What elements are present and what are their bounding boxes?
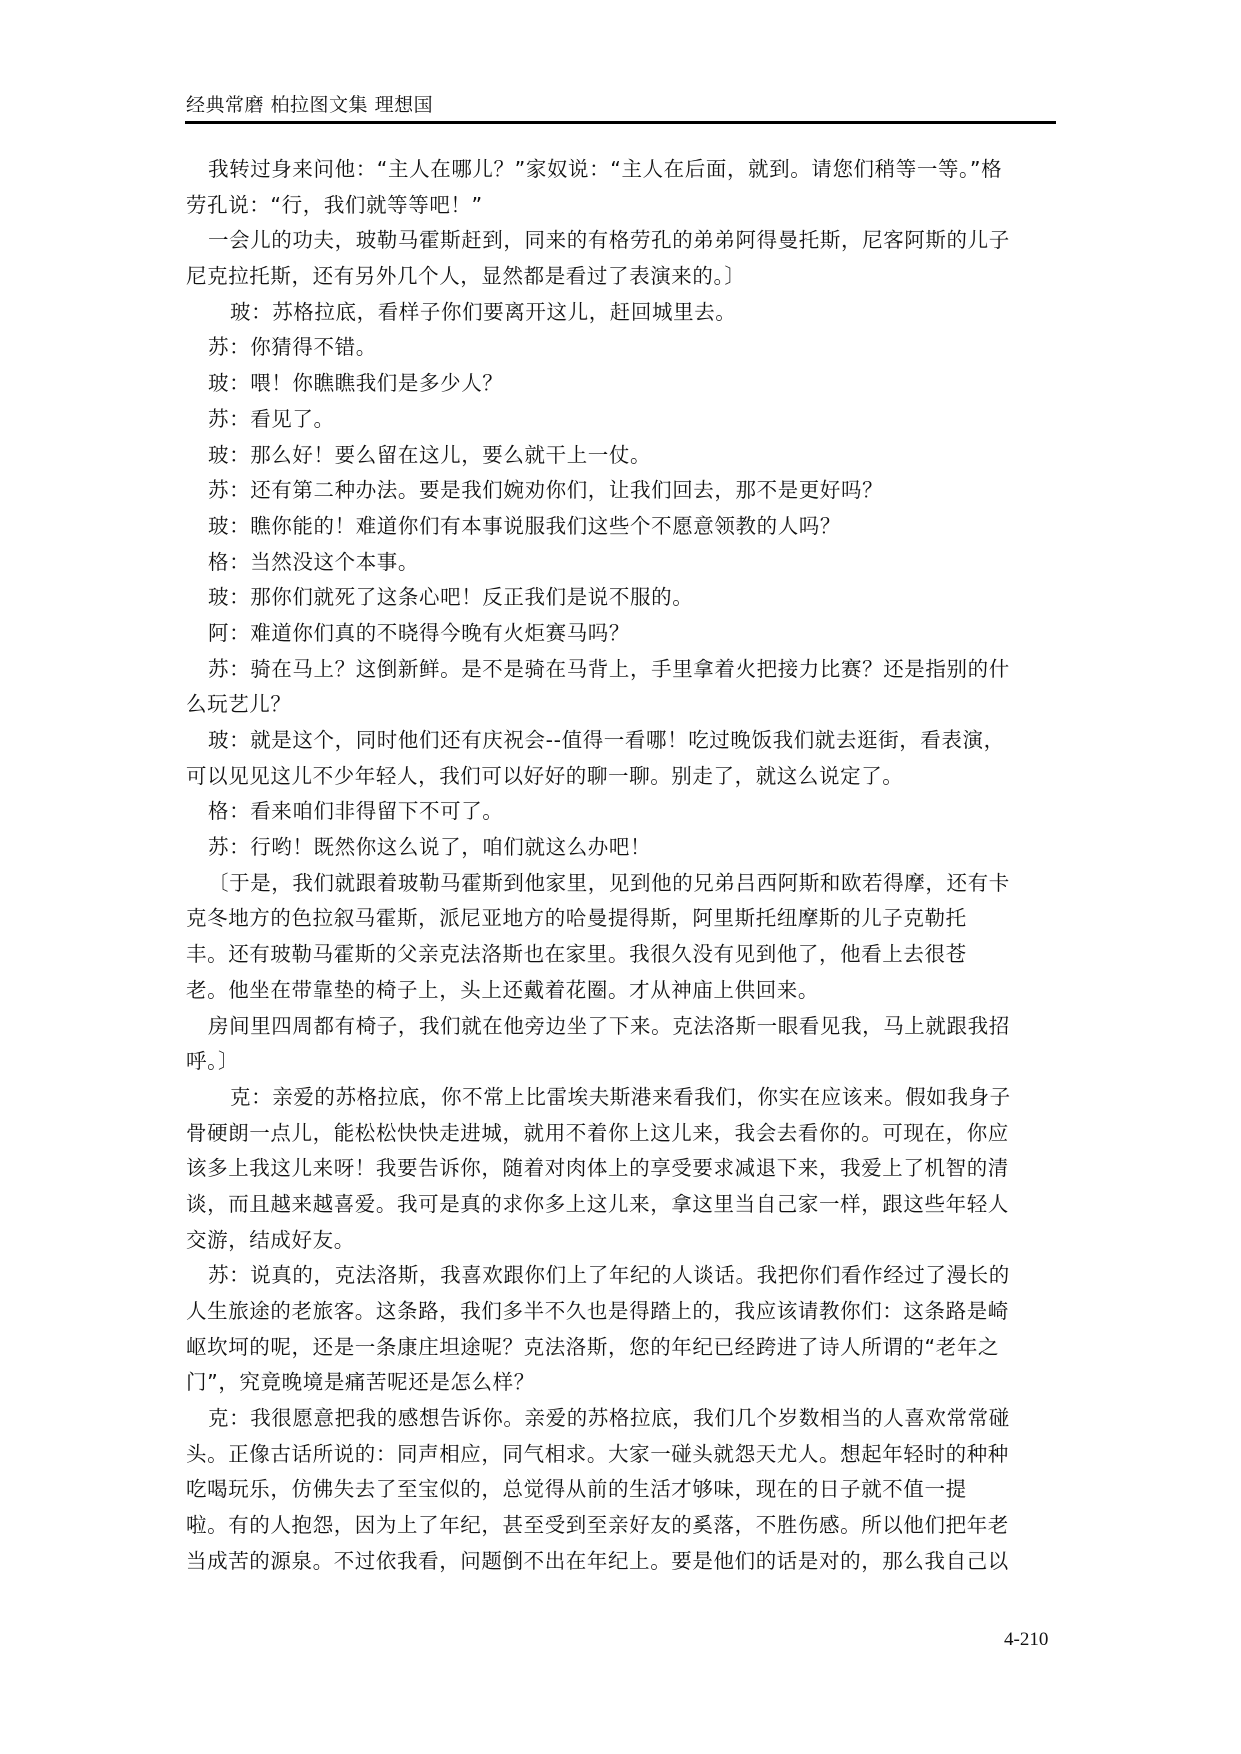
text-line: 人生旅途的老旅客。这条路，我们多半不久也是得踏上的，我应该请教你们：这条路是崎	[186, 1294, 1056, 1330]
text-line: 玻：就是这个，同时他们还有庆祝会--值得一看哪！吃过晚饭我们就去逛街，看表演，	[186, 723, 1056, 759]
text-line: 尼克拉托斯，还有另外几个人，显然都是看过了表演来的。〕	[186, 259, 1056, 295]
page-number: 4-210	[1004, 1629, 1048, 1651]
text-line: 谈，而且越来越喜爱。我可是真的求你多上这儿来，拿这里当自己家一样，跟这些年轻人	[186, 1187, 1056, 1223]
document-page: 经典常磨 柏拉图文集 理想国 我转过身来问他：“主人在哪儿？”家奴说：“主人在后…	[0, 0, 1241, 1754]
text-line: 玻：那么好！要么留在这儿，要么就干上一仗。	[186, 438, 1056, 474]
text-line: 格：当然没这个本事。	[186, 545, 1056, 581]
text-line: 克冬地方的色拉叙马霍斯，派尼亚地方的哈曼提得斯，阿里斯托纽摩斯的儿子克勒托	[186, 901, 1056, 937]
running-header-title: 经典常磨 柏拉图文集 理想国	[186, 90, 433, 117]
text-line: 房间里四周都有椅子，我们就在他旁边坐了下来。克法洛斯一眼看见我，马上就跟我招	[186, 1009, 1056, 1045]
text-line: 呼。〕	[186, 1044, 1056, 1080]
text-line: 苏：看见了。	[186, 402, 1056, 438]
text-line: 老。他坐在带靠垫的椅子上，头上还戴着花圈。才从神庙上供回来。	[186, 973, 1056, 1009]
text-line: 头。正像古话所说的：同声相应，同气相求。大家一碰头就怨天尤人。想起年轻时的种种	[186, 1437, 1056, 1473]
text-line: 交游，结成好友。	[186, 1223, 1056, 1259]
text-line: 劳孔说：“行，我们就等等吧！”	[186, 188, 1056, 224]
text-line: 〔于是，我们就跟着玻勒马霍斯到他家里，见到他的兄弟吕西阿斯和欧若得摩，还有卡	[186, 866, 1056, 902]
text-line: 当成苦的源泉。不过依我看，问题倒不出在年纪上。要是他们的话是对的，那么我自己以	[186, 1544, 1056, 1580]
text-line: 玻：喂！你瞧瞧我们是多少人？	[186, 366, 1056, 402]
text-line: 我转过身来问他：“主人在哪儿？”家奴说：“主人在后面，就到。请您们稍等一等。”格	[186, 152, 1056, 188]
text-line: 玻：瞧你能的！难道你们有本事说服我们这些个不愿意领教的人吗？	[186, 509, 1056, 545]
header-divider	[185, 121, 1056, 124]
text-line: 可以见见这儿不少年轻人，我们可以好好的聊一聊。别走了，就这么说定了。	[186, 759, 1056, 795]
text-line: 丰。还有玻勒马霍斯的父亲克法洛斯也在家里。我很久没有见到他了，他看上去很苍	[186, 937, 1056, 973]
text-line: 门”，究竟晚境是痛苦呢还是怎么样？	[186, 1365, 1056, 1401]
text-line: 么玩艺儿？	[186, 687, 1056, 723]
text-line: 苏：骑在马上？这倒新鲜。是不是骑在马背上，手里拿着火把接力比赛？还是指别的什	[186, 652, 1056, 688]
text-line: 格：看来咱们非得留下不可了。	[186, 794, 1056, 830]
text-line: 苏：说真的，克法洛斯，我喜欢跟你们上了年纪的人谈话。我把你们看作经过了漫长的	[186, 1258, 1056, 1294]
text-line: 克：我很愿意把我的感想告诉你。亲爱的苏格拉底，我们几个岁数相当的人喜欢常常碰	[186, 1401, 1056, 1437]
text-line: 苏：你猜得不错。	[186, 330, 1056, 366]
text-line: 玻：那你们就死了这条心吧！反正我们是说不服的。	[186, 580, 1056, 616]
text-line: 玻：苏格拉底，看样子你们要离开这儿，赶回城里去。	[186, 295, 1056, 331]
text-line: 啦。有的人抱怨，因为上了年纪，甚至受到至亲好友的奚落，不胜伤感。所以他们把年老	[186, 1508, 1056, 1544]
text-line: 岖坎坷的呢，还是一条康庄坦途呢？克法洛斯，您的年纪已经跨进了诗人所谓的“老年之	[186, 1330, 1056, 1366]
text-line: 骨硬朗一点儿，能松松快快走进城，就用不着你上这儿来，我会去看你的。可现在，你应	[186, 1116, 1056, 1152]
text-line: 苏：还有第二种办法。要是我们婉劝你们，让我们回去，那不是更好吗？	[186, 473, 1056, 509]
text-line: 吃喝玩乐，仿佛失去了至宝似的，总觉得从前的生活才够味，现在的日子就不值一提	[186, 1472, 1056, 1508]
text-line: 该多上我这儿来呀！我要告诉你，随着对肉体上的享受要求减退下来，我爱上了机智的清	[186, 1151, 1056, 1187]
body-text: 我转过身来问他：“主人在哪儿？”家奴说：“主人在后面，就到。请您们稍等一等。”格…	[186, 152, 1056, 1580]
text-line: 一会儿的功夫，玻勒马霍斯赶到，同来的有格劳孔的弟弟阿得曼托斯，尼客阿斯的儿子	[186, 223, 1056, 259]
text-line: 苏：行哟！既然你这么说了，咱们就这么办吧！	[186, 830, 1056, 866]
text-line: 阿：难道你们真的不晓得今晚有火炬赛马吗？	[186, 616, 1056, 652]
text-line: 克：亲爱的苏格拉底，你不常上比雷埃夫斯港来看我们，你实在应该来。假如我身子	[186, 1080, 1056, 1116]
